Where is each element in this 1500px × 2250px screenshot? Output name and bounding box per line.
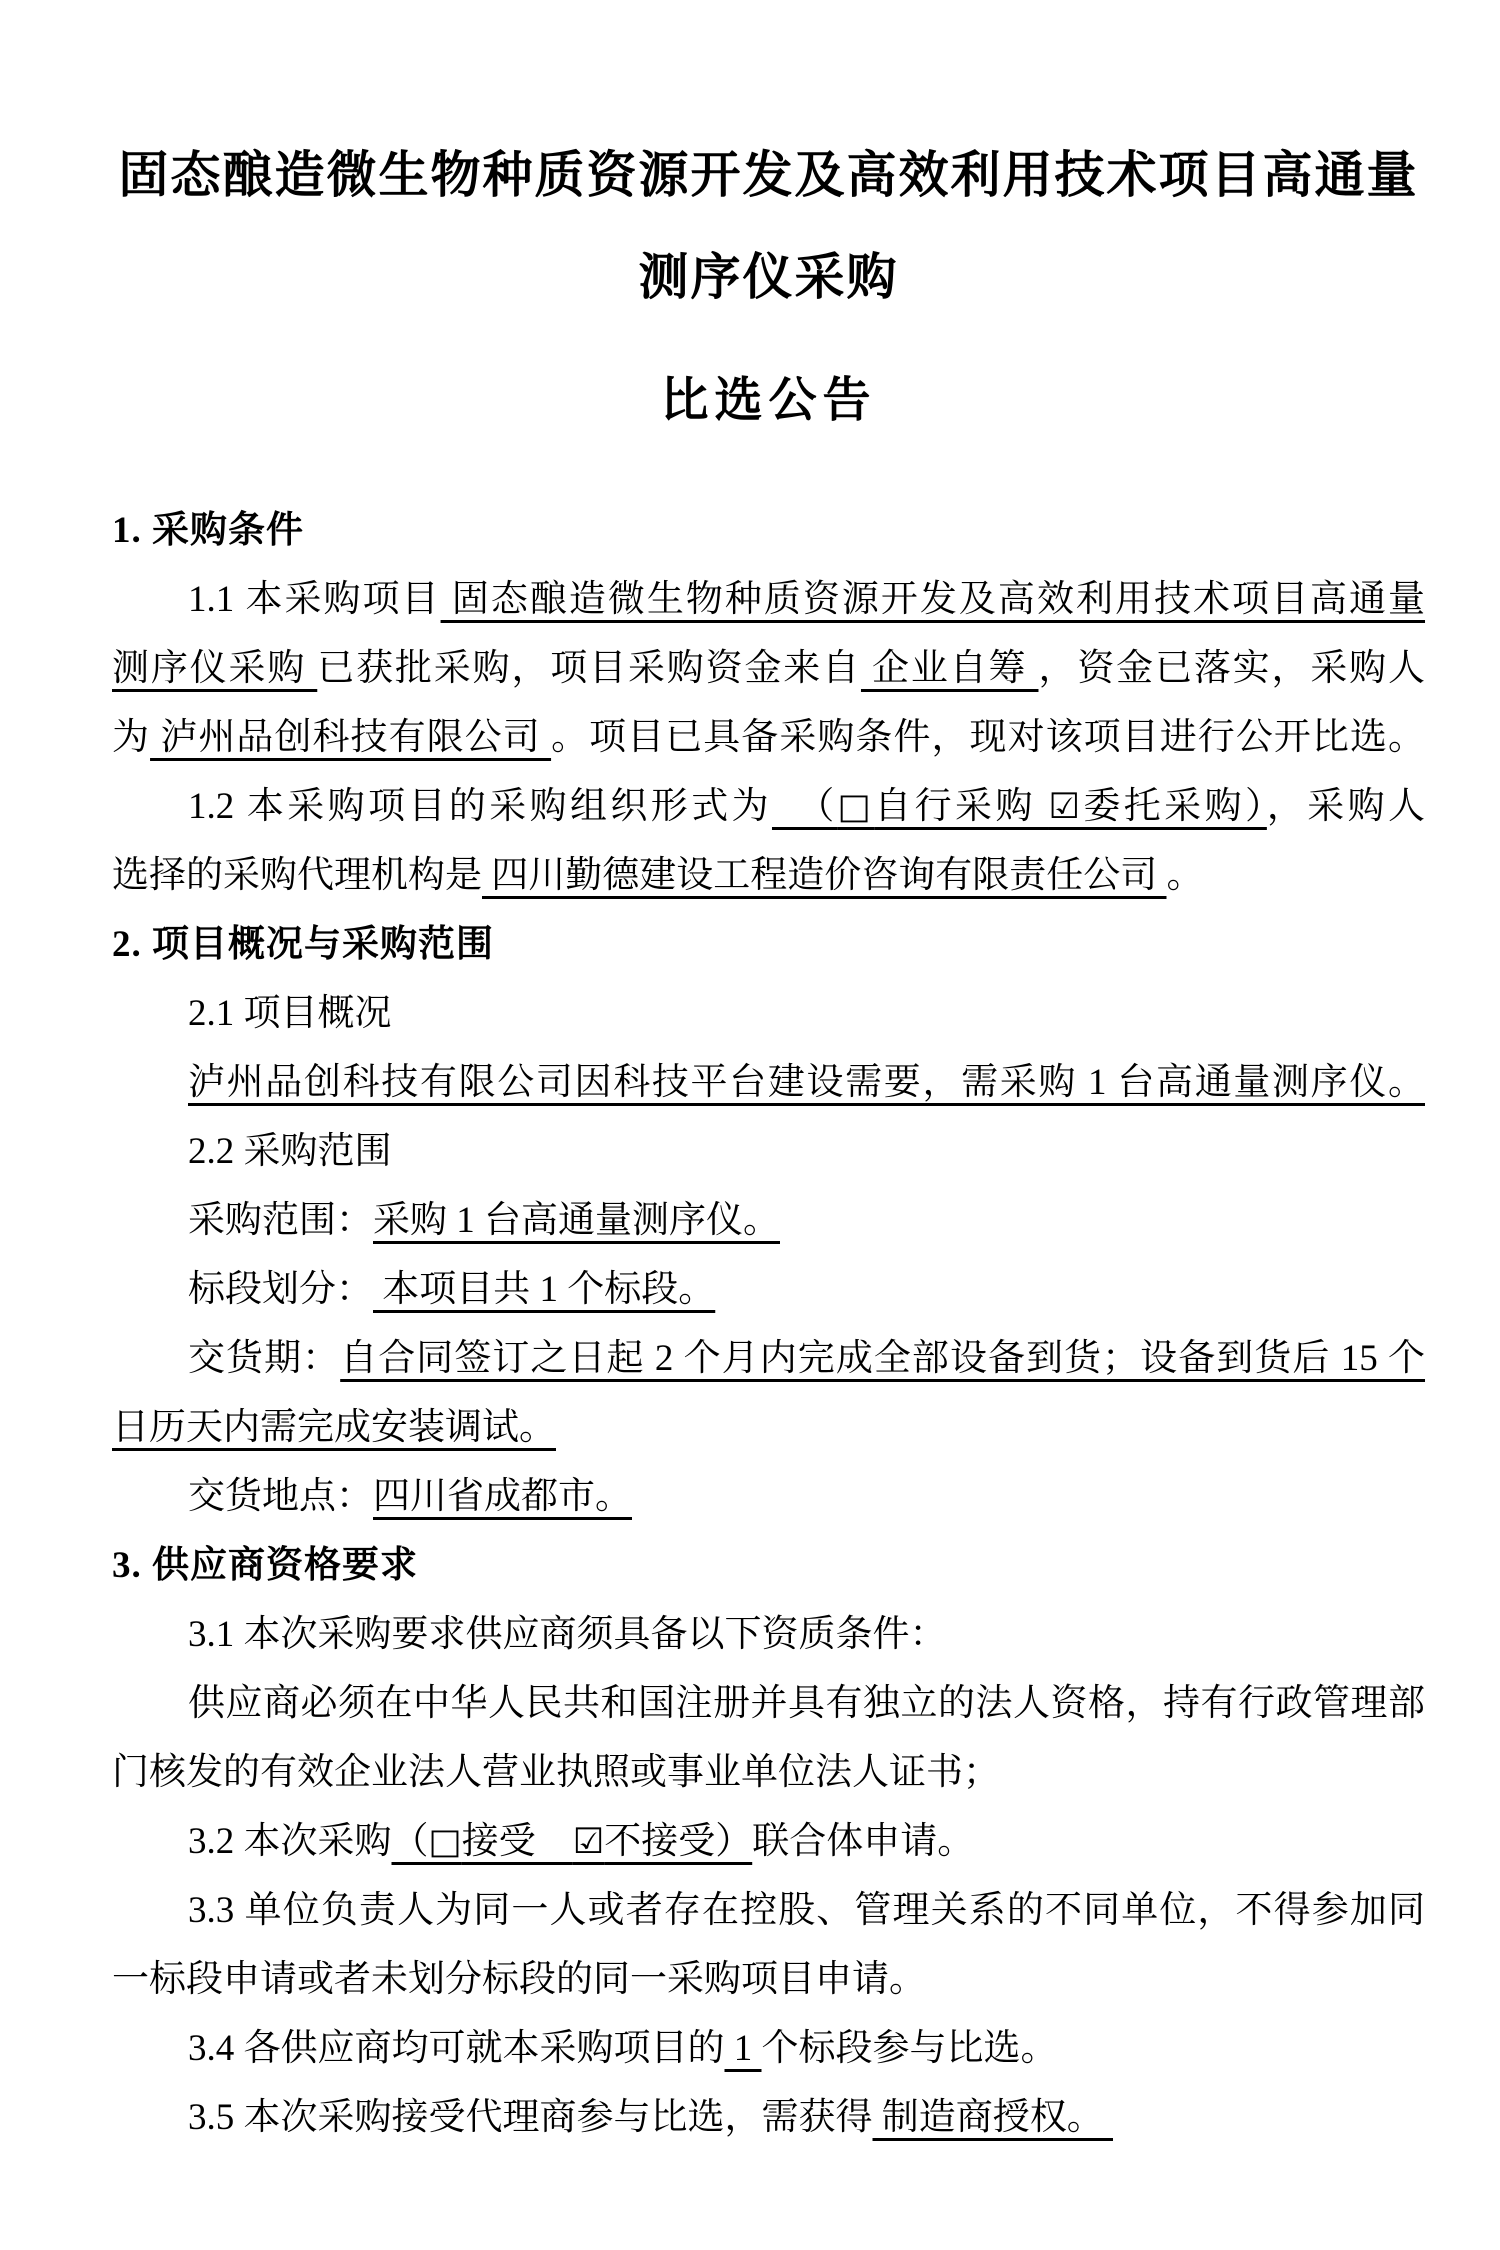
clause-1-1-text-4: 为	[112, 717, 150, 758]
checkbox-checked-icon: ☑	[573, 1821, 605, 1862]
checkbox-unchecked-icon: □	[429, 1821, 462, 1862]
fill-in-scope: 采购 1 台高通量测序仪。	[373, 1200, 780, 1241]
document-title-line-1: 固态酿造微生物种质资源开发及高效利用技术项目高通量	[112, 124, 1425, 226]
clause-3-4-text: 3.4 各供应商均可就本采购项目的	[188, 2028, 725, 2069]
fill-in-project-overview: 泸州品创科技有限公司因科技平台建设需要，需采购 1 台高通量测序仪。	[188, 1062, 1425, 1103]
org-form-option-delegated: 委托采购）	[1080, 786, 1267, 827]
clause-3-1-line-2: 供应商必须在中华人民共和国注册并具有独立的法人资格，持有行政管理部	[112, 1669, 1425, 1738]
fill-in-purchaser-name: 泸州品创科技有限公司	[150, 717, 551, 758]
org-form-open: （	[772, 786, 838, 827]
fill-in-delivery-place: 四川省成都市。	[373, 1476, 632, 1517]
fill-in-organization-form: （□自行采购 ☑委托采购）	[772, 786, 1267, 827]
clause-2-2-scope: 采购范围：采购 1 台高通量测序仪。	[112, 1186, 1425, 1255]
fill-in-consortium-option: （□接受 ☑不接受）	[392, 1821, 753, 1862]
delivery-place-label: 交货地点：	[188, 1476, 373, 1517]
section-3-heading: 3. 供应商资格要求	[112, 1531, 1425, 1600]
clause-1-1-text-2: 已获批采购，项目采购资金来自	[317, 648, 861, 689]
document-page: 固态酿造微生物种质资源开发及高效利用技术项目高通量 测序仪采购 比选公告 1. …	[0, 0, 1500, 2250]
consortium-option-accept: 接受	[462, 1821, 573, 1862]
fill-in-delivery-period: 自合同签订之日起 2 个月内完成全部设备到货；设备到货后 15 个	[340, 1338, 1425, 1379]
fill-in-agency-name: 四川勤德建设工程造价咨询有限责任公司	[482, 855, 1167, 896]
clause-1-2-line-1: 1.2 本采购项目的采购组织形式为 （□自行采购 ☑委托采购），采购人	[112, 772, 1425, 841]
fill-in-delivery-period-cont: 日历天内需完成安装调试。	[112, 1407, 556, 1448]
clause-1-2-line-2: 选择的采购代理机构是 四川勤德建设工程造价咨询有限责任公司 。	[112, 841, 1425, 910]
org-form-option-self: 自行采购	[874, 786, 1048, 827]
clause-1-1-text-5: 。项目已具备采购条件，现对该项目进行公开比选。	[551, 717, 1425, 758]
clause-1-2-text-4: 。	[1167, 855, 1204, 896]
fill-in-funding-source: 企业自筹	[861, 648, 1039, 689]
clause-3-5-text: 3.5 本次采购接受代理商参与比选，需获得	[188, 2097, 873, 2138]
delivery-period-label: 交货期：	[188, 1338, 340, 1379]
checkbox-unchecked-icon: □	[838, 786, 875, 827]
clause-1-2-text: 1.2 本采购项目的采购组织形式为	[188, 786, 772, 827]
clause-3-1-line-1: 3.1 本次采购要求供应商须具备以下资质条件：	[112, 1600, 1425, 1669]
document-subtitle: 比选公告	[112, 366, 1425, 436]
clause-1-1-text: 1.1 本采购项目	[188, 579, 441, 620]
consortium-open: （	[392, 1821, 429, 1862]
clause-2-2-delivery-period-line-1: 交货期：自合同签订之日起 2 个月内完成全部设备到货；设备到货后 15 个	[112, 1324, 1425, 1393]
clause-3-4-text-2: 个标段参与比选。	[762, 2028, 1058, 2069]
clause-1-1-line-1: 1.1 本采购项目 固态酿造微生物种质资源开发及高效利用技术项目高通量	[112, 565, 1425, 634]
scope-label: 采购范围：	[188, 1200, 373, 1241]
clause-3-4: 3.4 各供应商均可就本采购项目的 1 个标段参与比选。	[112, 2014, 1425, 2083]
clause-1-1-line-3: 为 泸州品创科技有限公司 。项目已具备采购条件，现对该项目进行公开比选。	[112, 703, 1425, 772]
clause-2-1-overview: 泸州品创科技有限公司因科技平台建设需要，需采购 1 台高通量测序仪。	[112, 1048, 1425, 1117]
document-body: 固态酿造微生物种质资源开发及高效利用技术项目高通量 测序仪采购 比选公告 1. …	[0, 0, 1500, 2152]
fill-in-project-name: 固态酿造微生物种质资源开发及高效利用技术项目高通量	[441, 579, 1425, 620]
clause-1-1-line-2: 测序仪采购 已获批采购，项目采购资金来自 企业自筹 ，资金已落实，采购人	[112, 634, 1425, 703]
clause-1-1-text-3: ，资金已落实，采购人	[1038, 648, 1425, 689]
checkbox-checked-icon: ☑	[1048, 786, 1080, 827]
clause-2-2-delivery-place: 交货地点：四川省成都市。	[112, 1462, 1425, 1531]
consortium-option-reject: 不接受）	[604, 1821, 752, 1862]
clause-2-2-heading: 2.2 采购范围	[112, 1117, 1425, 1186]
clause-2-2-lots: 标段划分： 本项目共 1 个标段。	[112, 1255, 1425, 1324]
document-title-line-2: 测序仪采购	[112, 226, 1425, 328]
fill-in-lots: 本项目共 1 个标段。	[373, 1269, 715, 1310]
clause-1-2-text-3: 选择的采购代理机构是	[112, 855, 482, 896]
lots-label: 标段划分：	[188, 1269, 373, 1310]
clause-3-2-text: 3.2 本次采购	[188, 1821, 392, 1862]
section-2-heading: 2. 项目概况与采购范围	[112, 910, 1425, 979]
clause-3-5: 3.5 本次采购接受代理商参与比选，需获得 制造商授权。	[112, 2083, 1425, 2152]
clause-3-1-line-3: 门核发的有效企业法人营业执照或事业单位法人证书；	[112, 1738, 1425, 1807]
clause-3-2-text-2: 联合体申请。	[752, 1821, 974, 1862]
clause-3-3-line-1: 3.3 单位负责人为同一人或者存在控股、管理关系的不同单位，不得参加同	[112, 1876, 1425, 1945]
section-1-heading: 1. 采购条件	[112, 496, 1425, 565]
clause-2-1-heading: 2.1 项目概况	[112, 979, 1425, 1048]
fill-in-manufacturer-authorization: 制造商授权。	[873, 2097, 1114, 2138]
fill-in-project-name-cont: 测序仪采购	[112, 648, 317, 689]
document-text: 1. 采购条件 1.1 本采购项目 固态酿造微生物种质资源开发及高效利用技术项目…	[112, 496, 1425, 2152]
clause-2-2-delivery-period-line-2: 日历天内需完成安装调试。	[112, 1393, 1425, 1462]
fill-in-lot-count: 1	[725, 2028, 762, 2069]
clause-3-3-line-2: 一标段申请或者未划分标段的同一采购项目申请。	[112, 1945, 1425, 2014]
clause-3-2: 3.2 本次采购（□接受 ☑不接受）联合体申请。	[112, 1807, 1425, 1876]
clause-1-2-text-2: ，采购人	[1267, 786, 1425, 827]
